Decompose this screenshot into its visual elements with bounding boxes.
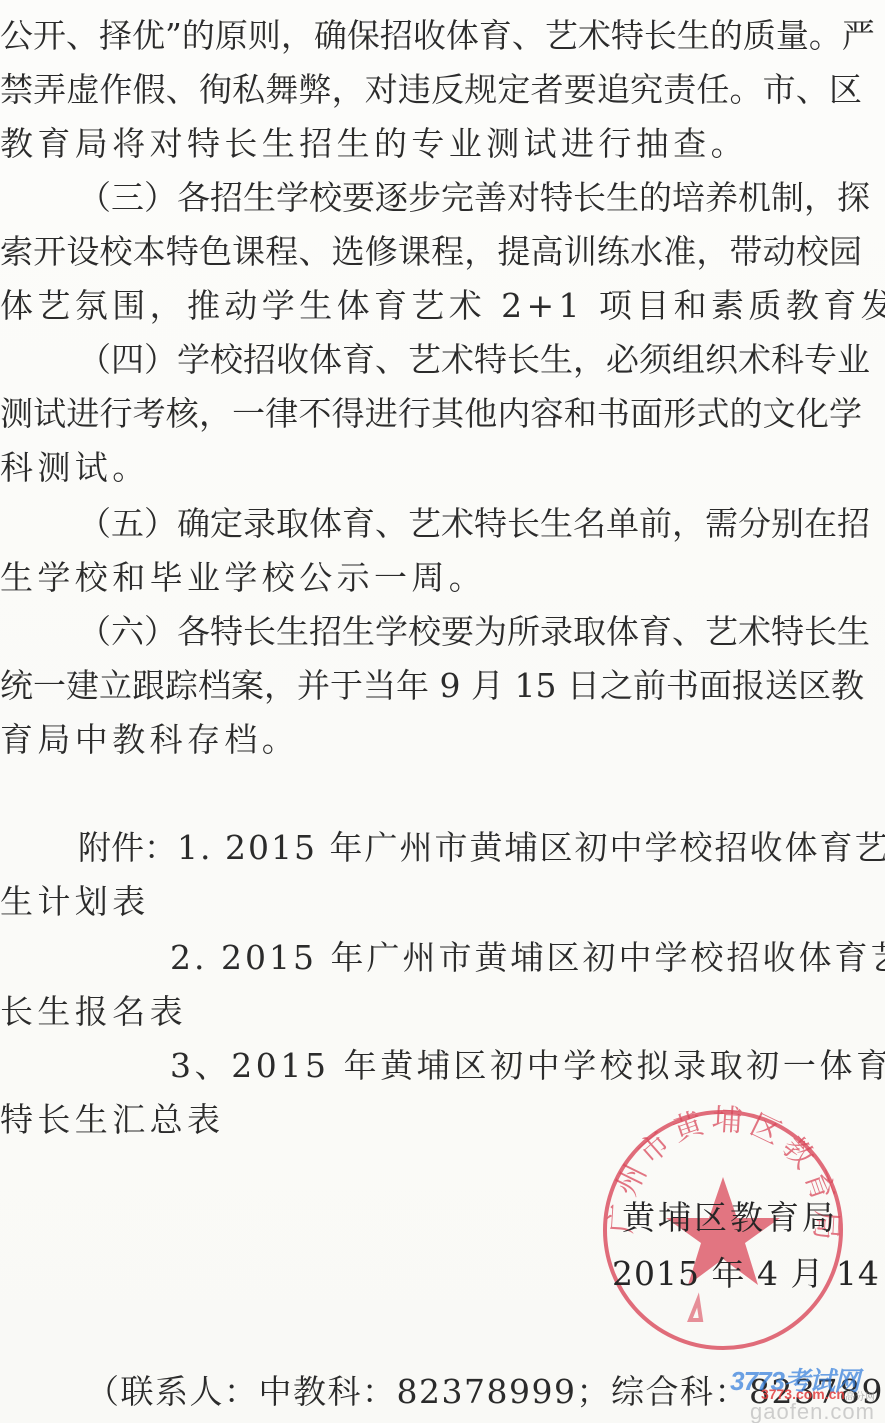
body-line: 禁弄虚作假、徇私舞弊，对违反规定者要追究责任。市、区 <box>0 70 862 110</box>
attachments-label: 附件： <box>78 828 177 867</box>
section-5-heading-line: （五）确定录取体育、艺术特长生名单前，需分别在招 <box>78 504 862 544</box>
body-line: 体艺氛围，推动学生体育艺术 2+1 项目和素质教育发展。 <box>0 286 885 326</box>
body-line: 生学校和毕业学校公示一周。 <box>0 558 486 598</box>
attachment-2-title: 2. 2015 年广州市黄埔区初中学校招收体育艺术特 <box>170 938 885 978</box>
attachment-3-continuation: 特长生汇总表 <box>0 1100 224 1140</box>
body-line: 育局中教科存档。 <box>0 720 299 760</box>
body-line: 科测试。 <box>0 448 150 488</box>
body-line: 教育局将对特长生招生的专业测试进行抽查。 <box>0 124 748 164</box>
issue-date: 2015 年 4 月 14 日 <box>612 1254 885 1294</box>
body-line: 统一建立跟踪档案，并于当年 9 月 15 日之前书面报送区教 <box>0 666 862 706</box>
body-line: 测试进行考核，一律不得进行其他内容和书面形式的文化学 <box>0 394 862 434</box>
attachment-2-continuation: 长生报名表 <box>0 992 187 1032</box>
site-watermark: 3773考试网 3773.com.cn 高分网 gaofen.com <box>691 1361 881 1421</box>
section-3-heading-line: （三）各招生学校要逐步完善对特长生的培养机制，探 <box>78 178 862 218</box>
issuer-organization: 黄埔区教育局 <box>622 1198 838 1238</box>
attachment-1-continuation: 生计划表 <box>0 882 150 922</box>
scanned-document-page: 公开、择优”的原则，确保招收体育、艺术特长生的质量。严 禁弄虚作假、徇私舞弊，对… <box>0 0 885 1423</box>
attachment-1-title: 1. 2015 年广州市黄埔区初中学校招收体育艺术特长 <box>177 828 885 867</box>
body-line: 公开、择优”的原则，确保招收体育、艺术特长生的质量。严 <box>0 16 862 56</box>
attachments-block: 附件：1. 2015 年广州市黄埔区初中学校招收体育艺术特长 <box>78 828 885 868</box>
section-6-heading-line: （六）各特长生招生学校要为所录取体育、艺术特长生 <box>78 612 862 652</box>
watermark-bottom-text: gaofen.com <box>750 1399 875 1423</box>
section-4-heading-line: （四）学校招收体育、艺术特长生，必须组织术科专业 <box>78 340 862 380</box>
body-line: 索开设校本特色课程、选修课程，提高训练水准，带动校园 <box>0 232 862 272</box>
attachment-3-title: 3、2015 年黄埔区初中学校拟录取初一体育艺术 <box>170 1046 885 1086</box>
